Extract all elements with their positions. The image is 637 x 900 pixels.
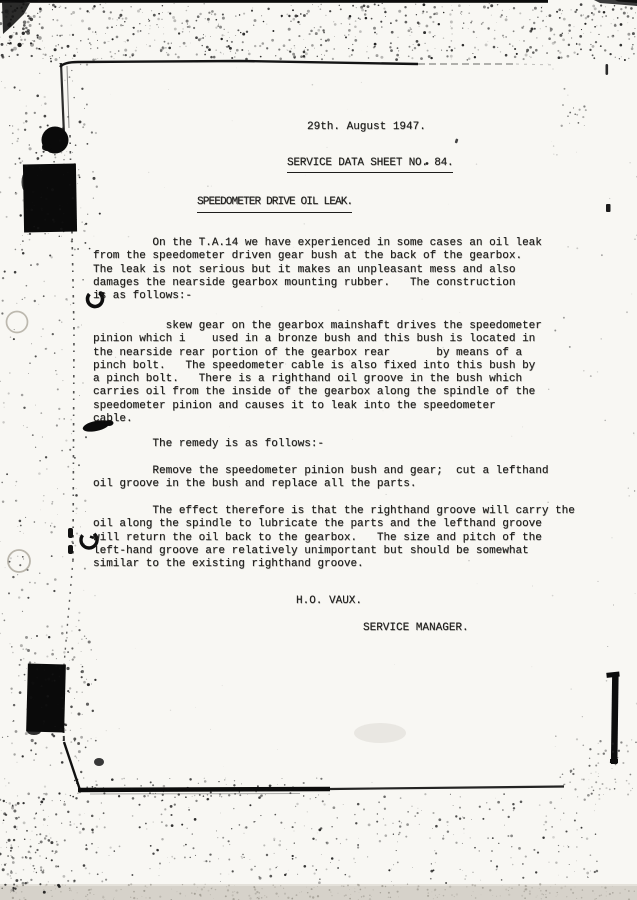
ink-blot-rect-bottom-rough: [27, 727, 41, 735]
page-edge-top: [60, 61, 418, 67]
page-edge-left-heavy: [61, 63, 64, 135]
edge-dot-heavy-2: [68, 545, 73, 554]
stray-mark-right: [606, 204, 611, 212]
punch-hole-bottom: [8, 550, 30, 572]
document-subject: SPEEDOMETER DRIVE OIL LEAK.: [197, 196, 352, 213]
paragraph-remedy: Remove the speedometer pinion bush and g…: [93, 465, 548, 492]
document-date: 29th. August 1947.: [307, 121, 426, 134]
margin-bracket-mark: [611, 674, 619, 764]
paragraph-detail: skew gear on the gearbox mainshaft drive…: [93, 320, 542, 426]
page-corner-diagonal: [64, 742, 80, 790]
signatory-title: SERVICE MANAGER.: [363, 622, 469, 635]
stray-blob-bottom-left: [94, 758, 104, 766]
paragraph-construction: On the T.A.14 we have experienced in som…: [93, 237, 542, 303]
punch-hole-top: [7, 312, 28, 333]
remedy-intro-line: The remedy is as follows:-: [93, 438, 324, 451]
footer-band: [0, 886, 637, 900]
paragraph-effect: The effect therefore is that the rightha…: [93, 505, 575, 571]
ink-blot-rect-top: [23, 164, 77, 233]
page-edge-bottom-shadow: [90, 794, 300, 795]
margin-bracket-foot: [610, 759, 618, 763]
scanner-edge-strip-top: [0, 0, 548, 3]
edge-dot-heavy-1: [68, 528, 73, 538]
signatory-name: H.O. VAUX.: [296, 595, 362, 608]
page-edge-left-double: [67, 66, 69, 128]
document-title: SERVICE DATA SHEET NO. 84.: [287, 157, 453, 173]
stray-comma-after-date: [455, 138, 459, 143]
ink-blot-rect-top-rough: [22, 173, 29, 191]
faint-stain-bottom: [354, 723, 406, 743]
scanned-document-page: 29th. August 1947. SERVICE DATA SHEET NO…: [0, 0, 637, 900]
page-edge-bottom-heavy: [78, 789, 330, 790]
page-edge-bottom: [330, 787, 564, 790]
stray-dash-right-top: [606, 64, 609, 75]
ink-blot-circle-bulge: [42, 143, 52, 151]
page-edge-top-trace: [516, 64, 556, 65]
